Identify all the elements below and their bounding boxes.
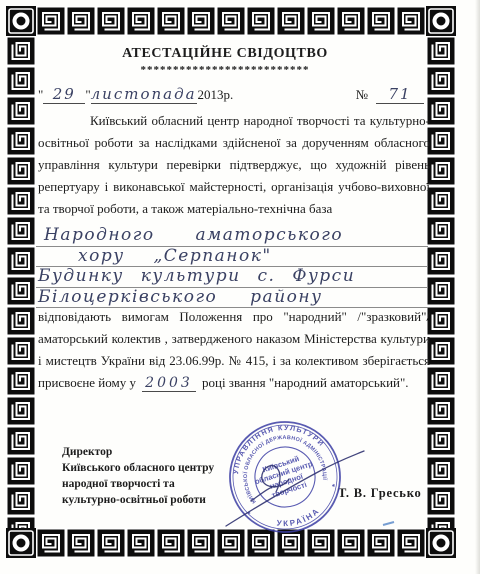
signatory-position-line: Директор xyxy=(62,444,282,460)
collective-name-line: хору „Серпанок" xyxy=(36,247,428,268)
signatory-position-block: Директор Київського обласного центру нар… xyxy=(62,444,282,508)
paper-edge-shadow xyxy=(475,0,480,574)
stars-divider: ************************** xyxy=(30,64,420,76)
month-field: листопада xyxy=(91,85,197,104)
number-sign: № xyxy=(356,87,368,103)
requirements-text-after: році звання "народний аматорський". xyxy=(202,375,409,390)
signatory-position-line: народної творчості та xyxy=(62,476,282,492)
collective-name-block: Народного аматорського хору „Серпанок" Б… xyxy=(36,226,428,308)
collective-name-line: Білоцерківського району xyxy=(36,288,428,309)
year-awarded-field: 2003 xyxy=(142,376,196,392)
collective-name-line: Народного аматорського xyxy=(36,226,428,247)
signatory-position-line: Київського обласного центру xyxy=(62,460,282,476)
day-field: 29 xyxy=(43,85,85,104)
certificate-title: АТЕСТАЦІЙНЕ СВІДОЦТВО xyxy=(30,46,420,62)
requirements-paragraph: відповідають вимогам Положення про "наро… xyxy=(38,306,430,394)
signatory-name: Т. В. Гресько xyxy=(338,486,422,501)
signatory-position-line: культурно-освітньої роботи xyxy=(62,492,282,508)
certificate-page: АТЕСТАЦІЙНЕ СВІДОЦТВО ******************… xyxy=(0,0,480,574)
year-label: 2013р. xyxy=(198,87,234,103)
intro-paragraph: Київський обласний центр народної творчо… xyxy=(38,110,430,220)
certificate-number-field: 71 xyxy=(376,85,424,104)
date-row: " 29 " листопада 2013р. № 71 xyxy=(38,85,424,104)
collective-name-line: Будинку культури с. Фурси xyxy=(36,267,428,288)
